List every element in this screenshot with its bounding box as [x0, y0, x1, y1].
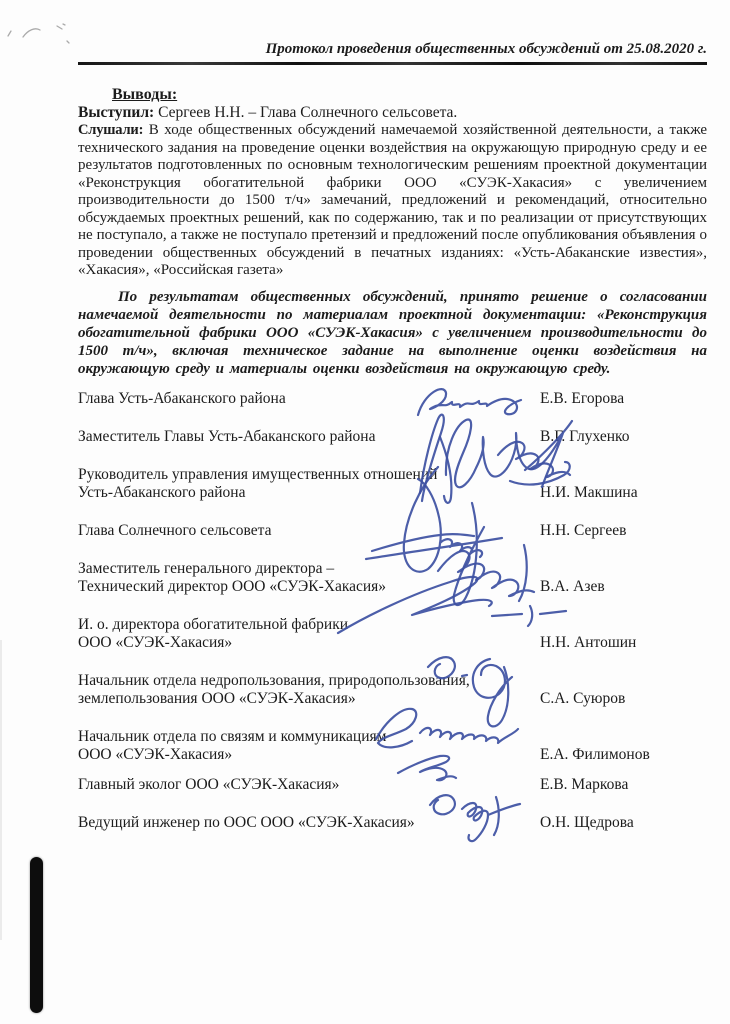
- signatory-row: Глава Солнечного сельсовета Н.Н. Сергеев: [78, 522, 707, 540]
- speaker-label: Выступил:: [78, 104, 154, 121]
- heard-label: Слушали:: [78, 122, 143, 138]
- resolution-paragraph: По результатам общественных обсуждений, …: [78, 288, 707, 378]
- signatory-name: Н.И. Макшина: [540, 484, 707, 502]
- signatory-row: Ведущий инженер по ООС ООО «СУЭК-Хакасия…: [78, 814, 707, 832]
- signatory-row: Главный эколог ООО «СУЭК-Хакасия» Е.В. М…: [78, 776, 707, 794]
- signatory-title: Начальник отдела недропользования, приро…: [78, 672, 540, 708]
- signatory-title: Главный эколог ООО «СУЭК-Хакасия»: [78, 776, 540, 794]
- signatory-name: О.Н. Щедрова: [540, 814, 707, 832]
- signatory-row: И. о. директора обогатительной фабрики О…: [78, 616, 707, 652]
- signatory-row: Начальник отдела недропользования, приро…: [78, 672, 707, 708]
- header-divider-rule: [78, 62, 707, 65]
- document-header-title: Протокол проведения общественных обсужде…: [78, 0, 707, 58]
- signatory-title: Глава Солнечного сельсовета: [78, 522, 540, 540]
- signatory-row: Заместитель Главы Усть-Абаканского район…: [78, 428, 707, 446]
- scan-edge-shadow: [0, 640, 2, 940]
- conclusions-heading: Выводы:: [112, 86, 707, 104]
- signatory-name: Н.Н. Антошин: [540, 634, 707, 652]
- signatory-title: И. о. директора обогатительной фабрики О…: [78, 616, 540, 652]
- heard-text: В ходе общественных обсуждений намечаемо…: [78, 122, 707, 278]
- speaker-text: Сергеев Н.Н. – Глава Солнечного сельсове…: [158, 104, 457, 121]
- signatory-row: Начальник отдела по связям и коммуникаци…: [78, 728, 707, 764]
- signatory-title: Руководитель управления имущественных от…: [78, 466, 540, 502]
- signatory-name: Е.В. Егорова: [540, 390, 707, 408]
- scanned-document-page: Протокол проведения общественных обсужде…: [0, 0, 730, 1024]
- signatory-name: Н.Н. Сергеев: [540, 522, 707, 540]
- heard-paragraph: Слушали: В ходе общественных обсуждений …: [78, 122, 707, 280]
- signatory-name: В.А. Азев: [540, 578, 707, 596]
- signatory-name: С.А. Суюров: [540, 690, 707, 708]
- signatory-name: В.Г. Глухенко: [540, 428, 707, 446]
- signatory-name: Е.В. Маркова: [540, 776, 707, 794]
- signatory-row: Руководитель управления имущественных от…: [78, 466, 707, 502]
- signatory-row: Глава Усть-Абаканского района Е.В. Егоро…: [78, 390, 707, 408]
- signatory-title: Начальник отдела по связям и коммуникаци…: [78, 728, 540, 764]
- signatory-name: Е.А. Филимонов: [540, 746, 707, 764]
- signatory-title: Ведущий инженер по ООС ООО «СУЭК-Хакасия…: [78, 814, 540, 832]
- signatory-title: Заместитель генерального директора – Тех…: [78, 560, 540, 596]
- speaker-line: Выступил: Сергеев Н.Н. – Глава Солнечног…: [78, 104, 707, 122]
- signature-block: Глава Усть-Абаканского района Е.В. Егоро…: [78, 390, 707, 832]
- signatory-title: Заместитель Главы Усть-Абаканского район…: [78, 428, 540, 446]
- scan-artifact-bar: [30, 857, 43, 1013]
- signatory-row: Заместитель генерального директора – Тех…: [78, 560, 707, 596]
- pencil-mark-icon: [5, 20, 83, 52]
- signatory-title: Глава Усть-Абаканского района: [78, 390, 540, 408]
